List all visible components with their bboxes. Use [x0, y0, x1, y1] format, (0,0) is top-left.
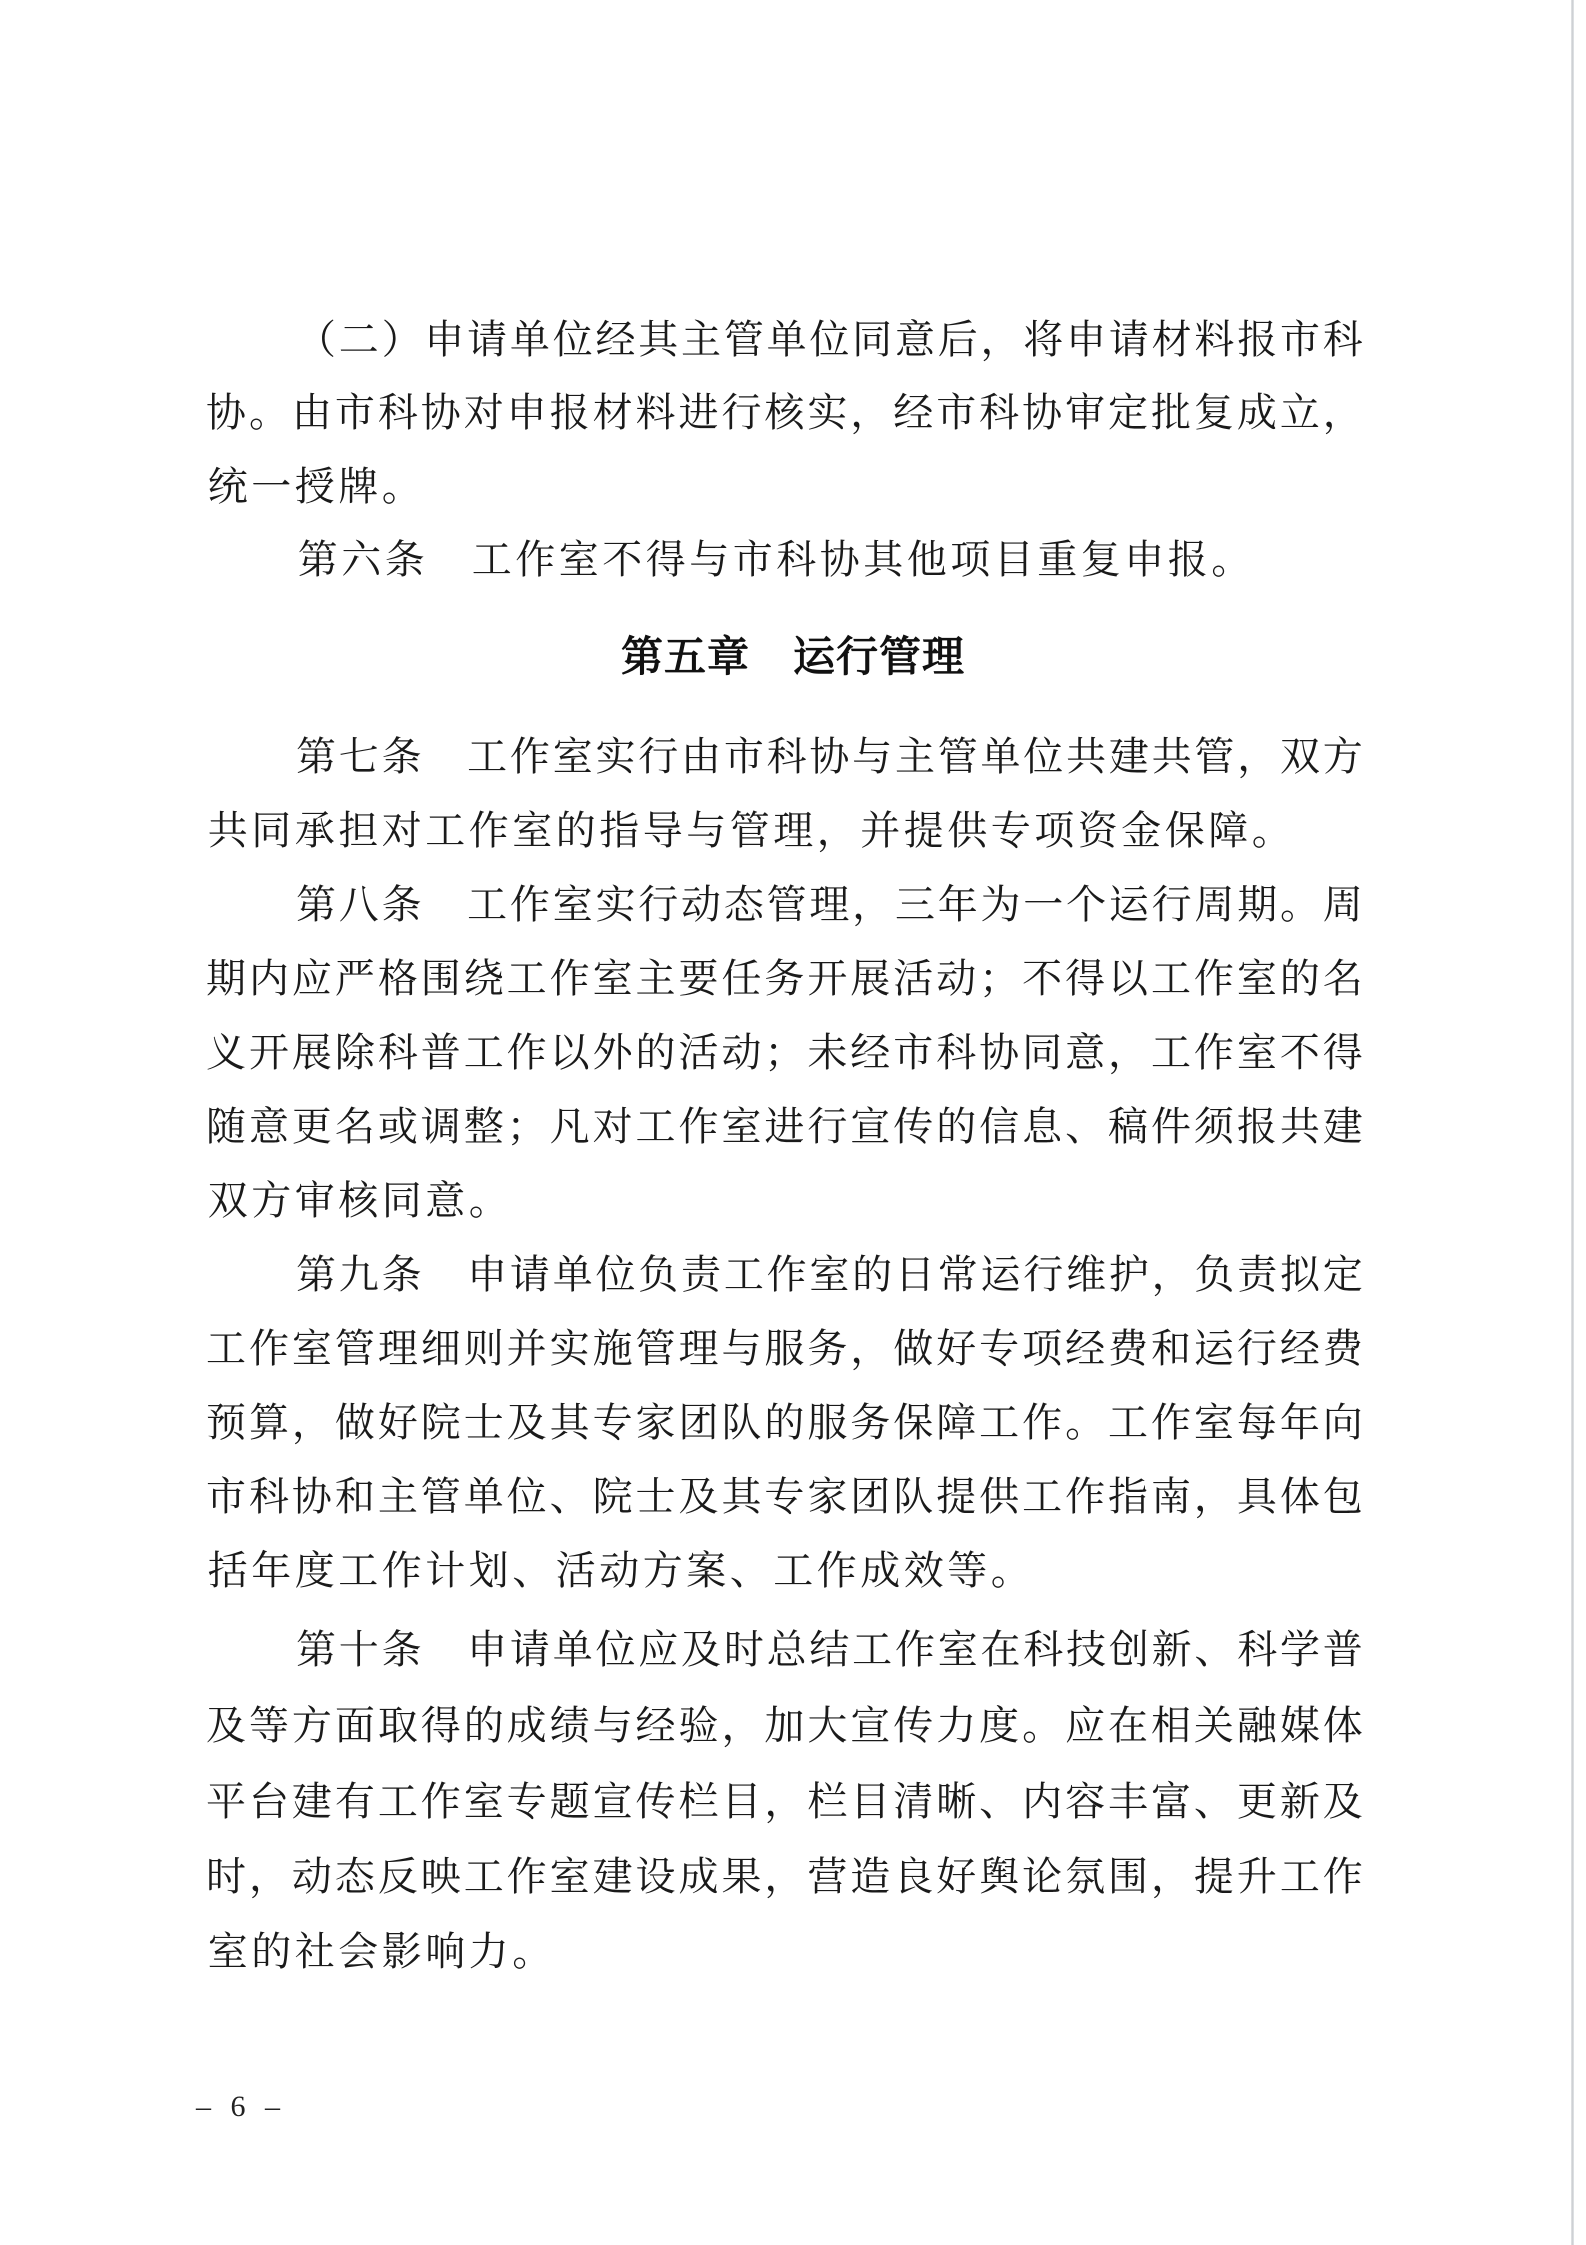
- text-line: 括年度工作计划、活动方案、工作成效等。: [206, 1547, 1363, 1595]
- text-line: 共同承担对工作室的指导与管理，并提供专项资金保障。: [206, 807, 1363, 855]
- text-line: 平台建有工作室专题宣传栏目，栏目清晰、内容丰富、更新及: [206, 1778, 1363, 1826]
- text-line: 期内应严格围绕工作室主要任务开展活动；不得以工作室的名: [206, 955, 1363, 1003]
- text-line: 时，动态反映工作室建设成果，营造良好舆论氛围，提升工作: [206, 1853, 1363, 1901]
- text-line: 第八条 工作室实行动态管理，三年为一个运行周期。周: [296, 881, 1363, 929]
- text-line: 市科协和主管单位、院士及其专家团队提供工作指南，具体包: [206, 1473, 1363, 1521]
- text-line: 统一授牌。: [206, 463, 1363, 511]
- page-number: – 6 –: [196, 2090, 286, 2124]
- text-line: 第十条 申请单位应及时总结工作室在科技创新、科学普: [296, 1626, 1363, 1674]
- chapter-heading: 第五章 运行管理: [0, 633, 1586, 681]
- text-line: 第九条 申请单位负责工作室的日常运行维护，负责拟定: [296, 1251, 1363, 1299]
- text-line: 第七条 工作室实行由市科协与主管单位共建共管，双方: [296, 733, 1363, 781]
- text-line: 工作室管理细则并实施管理与服务，做好专项经费和运行经费: [206, 1325, 1363, 1373]
- text-line: 预算，做好院士及其专家团队的服务保障工作。工作室每年向: [206, 1399, 1363, 1447]
- text-line: 随意更名或调整；凡对工作室进行宣传的信息、稿件须报共建: [206, 1103, 1363, 1151]
- text-line: 双方审核同意。: [206, 1177, 1363, 1225]
- text-line: 协。由市科协对申报材料进行核实，经市科协审定批复成立，: [206, 389, 1363, 437]
- text-line: 义开展除科普工作以外的活动；未经市科协同意，工作室不得: [206, 1029, 1363, 1077]
- text-line: 室的社会影响力。: [206, 1928, 1363, 1976]
- scan-edge-line: [1571, 0, 1574, 2245]
- text-line: （二）申请单位经其主管单位同意后，将申请材料报市科: [296, 316, 1363, 364]
- text-line: 及等方面取得的成绩与经验，加大宣传力度。应在相关融媒体: [206, 1702, 1363, 1750]
- text-line: 第六条 工作室不得与市科协其他项目重复申报。: [296, 536, 1363, 584]
